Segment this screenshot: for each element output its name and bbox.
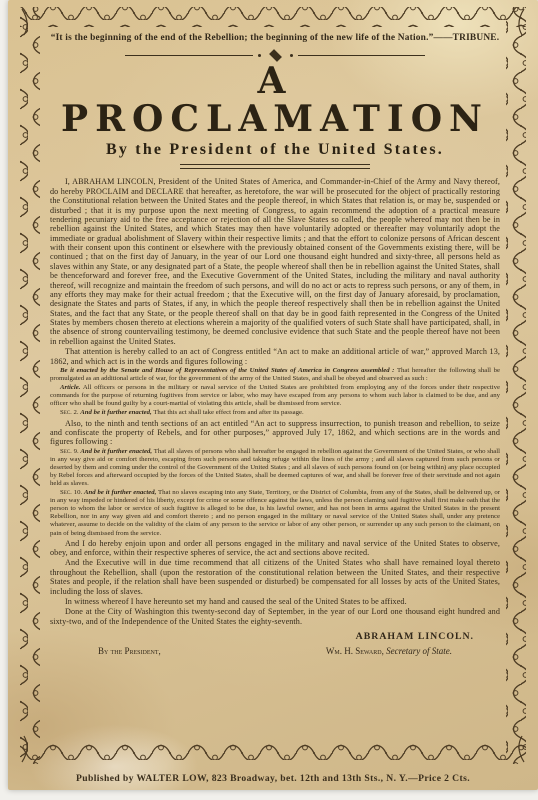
document-title: A PROCLAMATION — [50, 63, 500, 139]
divider-line-left — [125, 55, 253, 56]
paragraph-attention-act: That attention is hereby called to an ac… — [50, 347, 500, 366]
article-text: All officers or persons in the military … — [50, 384, 500, 407]
signature-seward: Wm. H. Seward, Secretary of State. — [326, 646, 452, 656]
section-10-label: Sec. 10. — [60, 489, 82, 496]
act-section-9: Sec. 9. And be it further enacted, That … — [50, 448, 500, 488]
masthead-quote: “It is the beginning of the end of the R… — [50, 33, 500, 45]
act-section-10: Sec. 10. And be it further enacted, That… — [50, 489, 500, 538]
section-9-label: Sec. 9. — [60, 448, 79, 455]
section-10-text: That no slaves escaping into any State, … — [50, 489, 500, 536]
paragraph-done-at-washington: Done at the City of Washington this twen… — [50, 607, 500, 626]
seward-name: Wm. H. Seward, — [326, 646, 384, 656]
paragraph-in-witness: In witness whereof I have hereunto set m… — [50, 597, 500, 606]
section-10-lead: And be it further enacted, — [84, 489, 156, 496]
divider-dot-right — [290, 54, 293, 57]
act-enacting-clause: Be it enacted by the Senate and House of… — [50, 367, 500, 383]
seward-title: Secretary of State. — [386, 646, 452, 656]
section-9-lead: And be it further enacted, — [80, 448, 152, 455]
paragraph-also-sections: Also, to the ninth and tenth sections of… — [50, 419, 500, 447]
act-article: Article. All officers or persons in the … — [50, 384, 500, 408]
act-section-2: Sec. 2. And be it further enacted, That … — [50, 409, 500, 417]
divider-ornament — [125, 52, 425, 59]
section-2-lead: And be it further enacted, — [80, 409, 151, 416]
paragraph-enjoin: And I do hereby enjoin upon and order al… — [50, 539, 500, 558]
enacting-clause-lead: Be it enacted by the Senate and House of… — [60, 367, 394, 374]
signature-row: By the President, Wm. H. Seward, Secreta… — [98, 646, 452, 656]
paragraph-preamble: I, ABRAHAM LINCOLN, President of the Uni… — [50, 177, 500, 346]
publisher-imprint: Published by WALTER LOW, 823 Broadway, b… — [8, 773, 538, 784]
paragraph-executive-recommend: And the Executive will in due time recom… — [50, 558, 500, 596]
document-content: “It is the beginning of the end of the R… — [8, 0, 538, 656]
section-2-label: Sec. 2. — [60, 409, 79, 416]
divider-line-right — [298, 55, 426, 56]
signature-by-president: By the President, — [98, 646, 161, 656]
signature-lincoln: ABRAHAM LINCOLN. — [50, 631, 474, 642]
subtitle-rule — [180, 164, 370, 169]
broadside-paper: “It is the beginning of the end of the R… — [8, 0, 538, 790]
divider-dot-left — [258, 54, 261, 57]
section-2-text: That this act shall take effect from and… — [153, 409, 303, 416]
article-lead: Article. — [60, 384, 80, 391]
document-subtitle: By the President of the United States. — [50, 141, 500, 159]
